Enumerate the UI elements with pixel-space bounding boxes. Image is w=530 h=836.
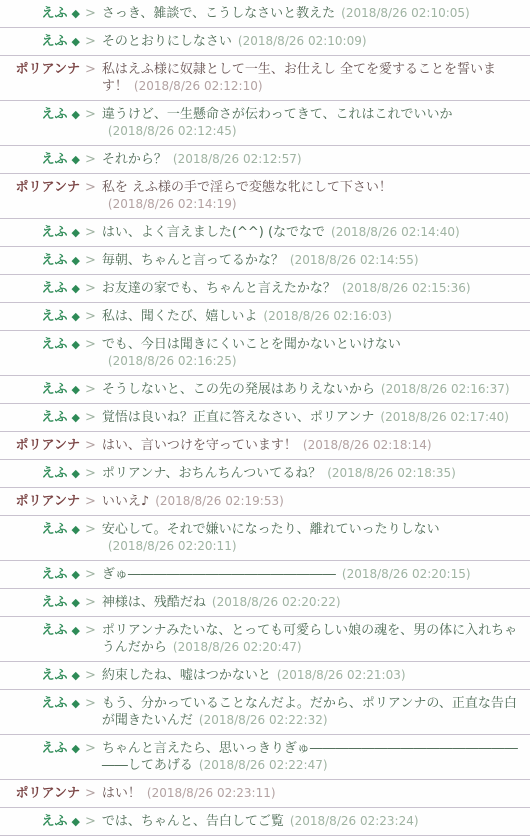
message-body: そのとおりにしなさい(2018/8/26 02:10:09) (102, 33, 518, 50)
speaker-name: えふ (42, 814, 68, 829)
message-body: 神様は、残酷だね(2018/8/26 02:20:22) (102, 594, 518, 611)
chat-message-row: ポリアンナ > 私はえふ様に奴隷として一生、お仕えし 全てを愛することを誓います… (0, 56, 530, 101)
separator-chevron: > (85, 695, 96, 712)
diamond-icon: ◆ (72, 568, 80, 581)
speaker-name: えふ (42, 337, 68, 352)
separator-chevron: > (85, 493, 96, 510)
message-text: そのとおりにしなさい (102, 34, 232, 49)
speaker-column: えふ◆ (0, 280, 80, 297)
speaker-column: えふ◆ (0, 465, 80, 482)
chat-message-row: えふ◆ > 覚悟は良いね？正直に答えなさい、ポリアンナ(2018/8/26 02… (0, 404, 530, 432)
separator-chevron: > (85, 252, 96, 269)
diamond-icon: ◆ (72, 35, 80, 48)
speaker-column: えふ◆ (0, 224, 80, 241)
speaker-name: えふ (42, 623, 68, 638)
timestamp: (2018/8/26 02:14:19) (108, 197, 237, 211)
chat-message-row: えふ◆ > では、ちゃんと、告白してご覧(2018/8/26 02:23:24) (0, 808, 530, 836)
message-body: ポリアンナみたいな、とっても可愛らしい娘の魂を、男の体に入れちゃうんだから(20… (102, 622, 518, 656)
speaker-column: えふ◆ (0, 594, 80, 611)
chat-message-row: えふ◆ > 神様は、残酷だね(2018/8/26 02:20:22) (0, 589, 530, 617)
diamond-icon: ◆ (72, 815, 80, 828)
speaker-name: ポリアンナ (16, 494, 80, 509)
separator-chevron: > (85, 33, 96, 50)
chat-message-row: ポリアンナ > いいえ♪(2018/8/26 02:19:53) (0, 488, 530, 516)
message-body: ぎゅ――――――――――――――――(2018/8/26 02:20:15) (102, 566, 518, 583)
speaker-name: ポリアンナ (16, 786, 80, 801)
message-text: はい、言いつけを守っています！ (102, 438, 297, 453)
message-body: はい、よく言えました(^^) (なでなで(2018/8/26 02:14:40) (102, 224, 518, 241)
speaker-name: ポリアンナ (16, 62, 80, 77)
speaker-name: えふ (42, 595, 68, 610)
message-text: 私を えふ様の手で淫らで変態な牝にして下さい！ (102, 180, 392, 195)
speaker-column: ポリアンナ (0, 179, 80, 196)
speaker-name: えふ (42, 382, 68, 397)
message-text: では、ちゃんと、告白してご覧 (102, 814, 284, 829)
timestamp: (2018/8/26 02:21:03) (277, 668, 406, 682)
diamond-icon: ◆ (72, 697, 80, 710)
timestamp: (2018/8/26 02:10:05) (341, 6, 470, 20)
speaker-name: えふ (42, 107, 68, 122)
message-body: 私はえふ様に奴隷として一生、お仕えし 全てを愛することを誓います！(2018/8… (102, 61, 518, 95)
message-text: 毎朝、ちゃんと言ってるかな？ (102, 253, 284, 268)
speaker-column: えふ◆ (0, 667, 80, 684)
diamond-icon: ◆ (72, 383, 80, 396)
timestamp: (2018/8/26 02:12:45) (108, 124, 237, 138)
separator-chevron: > (85, 740, 96, 757)
separator-chevron: > (85, 566, 96, 583)
diamond-icon: ◆ (72, 669, 80, 682)
timestamp: (2018/8/26 02:12:10) (134, 79, 263, 93)
chat-message-row: えふ◆ > ポリアンナみたいな、とっても可愛らしい娘の魂を、男の体に入れちゃうん… (0, 617, 530, 662)
speaker-name: えふ (42, 668, 68, 683)
separator-chevron: > (85, 409, 96, 426)
message-text: 安心して。それで嫌いになったり、離れていったりしない (102, 522, 440, 537)
timestamp: (2018/8/26 02:19:53) (155, 494, 284, 508)
timestamp: (2018/8/26 02:20:11) (108, 539, 237, 553)
message-text: はい、よく言えました(^^) (なでなで (102, 225, 325, 240)
chat-message-row: えふ◆ > ぎゅ――――――――――――――――(2018/8/26 02:20… (0, 561, 530, 589)
diamond-icon: ◆ (72, 310, 80, 323)
message-text: でも、今日は聞きにくいことを聞かないといけない (102, 337, 401, 352)
diamond-icon: ◆ (72, 254, 80, 267)
chat-message-row: えふ◆ > それから？(2018/8/26 02:12:57) (0, 146, 530, 174)
message-body: そうしないと、この先の発展はありえないから(2018/8/26 02:16:37… (102, 381, 518, 398)
separator-chevron: > (85, 224, 96, 241)
timestamp: (2018/8/26 02:15:36) (342, 281, 471, 295)
timestamp: (2018/8/26 02:16:03) (263, 309, 392, 323)
diamond-icon: ◆ (72, 624, 80, 637)
diamond-icon: ◆ (72, 596, 80, 609)
diamond-icon: ◆ (72, 467, 80, 480)
diamond-icon: ◆ (72, 338, 80, 351)
separator-chevron: > (85, 622, 96, 639)
speaker-column: えふ◆ (0, 409, 80, 426)
separator-chevron: > (85, 813, 96, 830)
chat-message-row: えふ◆ > 毎朝、ちゃんと言ってるかな？(2018/8/26 02:14:55) (0, 247, 530, 275)
message-body: それから？(2018/8/26 02:12:57) (102, 151, 518, 168)
separator-chevron: > (85, 106, 96, 123)
message-text: 私は、聞くたび、嬉しいよ (102, 309, 257, 324)
chat-message-row: えふ◆ > ポリアンナ、おちんちんついてるね？(2018/8/26 02:18:… (0, 460, 530, 488)
message-text: ポリアンナみたいな、とっても可愛らしい娘の魂を、男の体に入れちゃうんだから (102, 623, 517, 655)
separator-chevron: > (85, 465, 96, 482)
chat-message-row: えふ◆ > でも、今日は聞きにくいことを聞かないといけない(2018/8/26 … (0, 331, 530, 376)
separator-chevron: > (85, 381, 96, 398)
message-body: いいえ♪(2018/8/26 02:19:53) (102, 493, 518, 510)
message-body: ポリアンナ、おちんちんついてるね？(2018/8/26 02:18:35) (102, 465, 518, 482)
timestamp: (2018/8/26 02:10:09) (238, 34, 367, 48)
speaker-column: えふ◆ (0, 106, 80, 123)
speaker-name: ポリアンナ (16, 180, 80, 195)
timestamp: (2018/8/26 02:16:37) (381, 382, 510, 396)
timestamp: (2018/8/26 02:22:32) (199, 713, 328, 727)
separator-chevron: > (85, 151, 96, 168)
message-body: 毎朝、ちゃんと言ってるかな？(2018/8/26 02:14:55) (102, 252, 518, 269)
message-text: ぎゅ―――――――――――――――― (102, 567, 336, 582)
message-body: ちゃんと言えたら、思いっきりぎゅ――――――――――――――――――してあげる(… (102, 740, 518, 774)
message-text: 覚悟は良いね？正直に答えなさい、ポリアンナ (102, 410, 374, 425)
chat-message-row: えふ◆ > 違うけど、一生懸命さが伝わってきて、これはこれでいいか(2018/8… (0, 101, 530, 146)
speaker-column: えふ◆ (0, 622, 80, 639)
chat-message-row: えふ◆ > 私は、聞くたび、嬉しいよ(2018/8/26 02:16:03) (0, 303, 530, 331)
separator-chevron: > (85, 667, 96, 684)
message-text: そうしないと、この先の発展はありえないから (102, 382, 375, 397)
speaker-column: えふ◆ (0, 336, 80, 353)
speaker-column: ポリアンナ (0, 785, 80, 802)
message-body: 安心して。それで嫌いになったり、離れていったりしない(2018/8/26 02:… (102, 521, 518, 555)
timestamp: (2018/8/26 02:16:25) (108, 354, 237, 368)
message-body: 違うけど、一生懸命さが伝わってきて、これはこれでいいか(2018/8/26 02… (102, 106, 518, 140)
speaker-column: えふ◆ (0, 813, 80, 830)
message-text: いいえ♪ (102, 494, 149, 509)
chat-message-row: えふ◆ > 約束したね、嘘はつかないと(2018/8/26 02:21:03) (0, 662, 530, 690)
message-text: 約束したね、嘘はつかないと (102, 668, 271, 683)
diamond-icon: ◆ (72, 411, 80, 424)
separator-chevron: > (85, 785, 96, 802)
speaker-name: えふ (42, 410, 68, 425)
chat-log: えふ◆ > さっき、雑談で、こうしなさいと教えた(2018/8/26 02:10… (0, 0, 530, 836)
message-body: さっき、雑談で、こうしなさいと教えた(2018/8/26 02:10:05) (102, 5, 518, 22)
message-text: 神様は、残酷だね (102, 595, 206, 610)
diamond-icon: ◆ (72, 226, 80, 239)
message-body: 覚悟は良いね？正直に答えなさい、ポリアンナ(2018/8/26 02:17:40… (102, 409, 518, 426)
separator-chevron: > (85, 5, 96, 22)
speaker-column: えふ◆ (0, 695, 80, 712)
message-body: では、ちゃんと、告白してご覧(2018/8/26 02:23:24) (102, 813, 518, 830)
speaker-name: えふ (42, 522, 68, 537)
speaker-column: えふ◆ (0, 566, 80, 583)
speaker-column: えふ◆ (0, 151, 80, 168)
timestamp: (2018/8/26 02:23:11) (147, 786, 276, 800)
message-body: はい、言いつけを守っています！(2018/8/26 02:18:14) (102, 437, 518, 454)
speaker-name: えふ (42, 152, 68, 167)
message-text: さっき、雑談で、こうしなさいと教えた (102, 6, 335, 21)
diamond-icon: ◆ (72, 7, 80, 20)
message-body: はい！(2018/8/26 02:23:11) (102, 785, 518, 802)
chat-message-row: えふ◆ > ちゃんと言えたら、思いっきりぎゅ――――――――――――――――――… (0, 735, 530, 780)
speaker-name: えふ (42, 567, 68, 582)
separator-chevron: > (85, 61, 96, 78)
message-text: お友達の家でも、ちゃんと言えたかな？ (102, 281, 336, 296)
timestamp: (2018/8/26 02:23:24) (290, 814, 419, 828)
speaker-column: えふ◆ (0, 740, 80, 757)
timestamp: (2018/8/26 02:22:47) (199, 758, 328, 772)
chat-message-row: えふ◆ > はい、よく言えました(^^) (なでなで(2018/8/26 02:… (0, 219, 530, 247)
speaker-column: えふ◆ (0, 308, 80, 325)
speaker-name: ポリアンナ (16, 438, 80, 453)
speaker-column: えふ◆ (0, 33, 80, 50)
separator-chevron: > (85, 280, 96, 297)
speaker-column: えふ◆ (0, 381, 80, 398)
chat-message-row: えふ◆ > お友達の家でも、ちゃんと言えたかな？(2018/8/26 02:15… (0, 275, 530, 303)
separator-chevron: > (85, 308, 96, 325)
timestamp: (2018/8/26 02:12:57) (173, 152, 302, 166)
message-body: 私は、聞くたび、嬉しいよ(2018/8/26 02:16:03) (102, 308, 518, 325)
timestamp: (2018/8/26 02:20:47) (173, 640, 302, 654)
speaker-name: えふ (42, 696, 68, 711)
chat-message-row: えふ◆ > そうしないと、この先の発展はありえないから(2018/8/26 02… (0, 376, 530, 404)
speaker-column: ポリアンナ (0, 437, 80, 454)
message-body: 約束したね、嘘はつかないと(2018/8/26 02:21:03) (102, 667, 518, 684)
separator-chevron: > (85, 336, 96, 353)
chat-message-row: えふ◆ > 安心して。それで嫌いになったり、離れていったりしない(2018/8/… (0, 516, 530, 561)
chat-message-row: えふ◆ > そのとおりにしなさい(2018/8/26 02:10:09) (0, 28, 530, 56)
message-body: もう、分かっていることなんだよ。だから、ポリアンナの、正直な告白が聞きたいんだ(… (102, 695, 518, 729)
message-text: 違うけど、一生懸命さが伝わってきて、これはこれでいいか (102, 107, 453, 122)
timestamp: (2018/8/26 02:17:40) (380, 410, 509, 424)
chat-message-row: えふ◆ > もう、分かっていることなんだよ。だから、ポリアンナの、正直な告白が聞… (0, 690, 530, 735)
separator-chevron: > (85, 179, 96, 196)
message-body: でも、今日は聞きにくいことを聞かないといけない(2018/8/26 02:16:… (102, 336, 518, 370)
speaker-column: えふ◆ (0, 5, 80, 22)
chat-message-row: ポリアンナ > はい！(2018/8/26 02:23:11) (0, 780, 530, 808)
speaker-name: えふ (42, 34, 68, 49)
chat-message-row: えふ◆ > さっき、雑談で、こうしなさいと教えた(2018/8/26 02:10… (0, 0, 530, 28)
diamond-icon: ◆ (72, 153, 80, 166)
diamond-icon: ◆ (72, 108, 80, 121)
speaker-name: えふ (42, 253, 68, 268)
timestamp: (2018/8/26 02:18:14) (303, 438, 432, 452)
message-text: はい！ (102, 786, 141, 801)
speaker-column: えふ◆ (0, 521, 80, 538)
message-text: ポリアンナ、おちんちんついてるね？ (102, 466, 321, 481)
message-body: 私を えふ様の手で淫らで変態な牝にして下さい！(2018/8/26 02:14:… (102, 179, 518, 213)
diamond-icon: ◆ (72, 282, 80, 295)
timestamp: (2018/8/26 02:14:55) (290, 253, 419, 267)
chat-message-row: ポリアンナ > 私を えふ様の手で淫らで変態な牝にして下さい！(2018/8/2… (0, 174, 530, 219)
message-text: それから？ (102, 152, 167, 167)
speaker-name: えふ (42, 225, 68, 240)
chat-message-row: ポリアンナ > はい、言いつけを守っています！(2018/8/26 02:18:… (0, 432, 530, 460)
timestamp: (2018/8/26 02:20:22) (212, 595, 341, 609)
separator-chevron: > (85, 594, 96, 611)
separator-chevron: > (85, 437, 96, 454)
speaker-name: えふ (42, 6, 68, 21)
speaker-name: えふ (42, 309, 68, 324)
message-body: お友達の家でも、ちゃんと言えたかな？(2018/8/26 02:15:36) (102, 280, 518, 297)
speaker-column: えふ◆ (0, 252, 80, 269)
timestamp: (2018/8/26 02:14:40) (331, 225, 460, 239)
diamond-icon: ◆ (72, 742, 80, 755)
separator-chevron: > (85, 521, 96, 538)
speaker-name: えふ (42, 281, 68, 296)
speaker-column: ポリアンナ (0, 493, 80, 510)
timestamp: (2018/8/26 02:18:35) (327, 466, 456, 480)
speaker-name: えふ (42, 741, 68, 756)
timestamp: (2018/8/26 02:20:15) (342, 567, 471, 581)
speaker-column: ポリアンナ (0, 61, 80, 78)
speaker-name: えふ (42, 466, 68, 481)
diamond-icon: ◆ (72, 523, 80, 536)
